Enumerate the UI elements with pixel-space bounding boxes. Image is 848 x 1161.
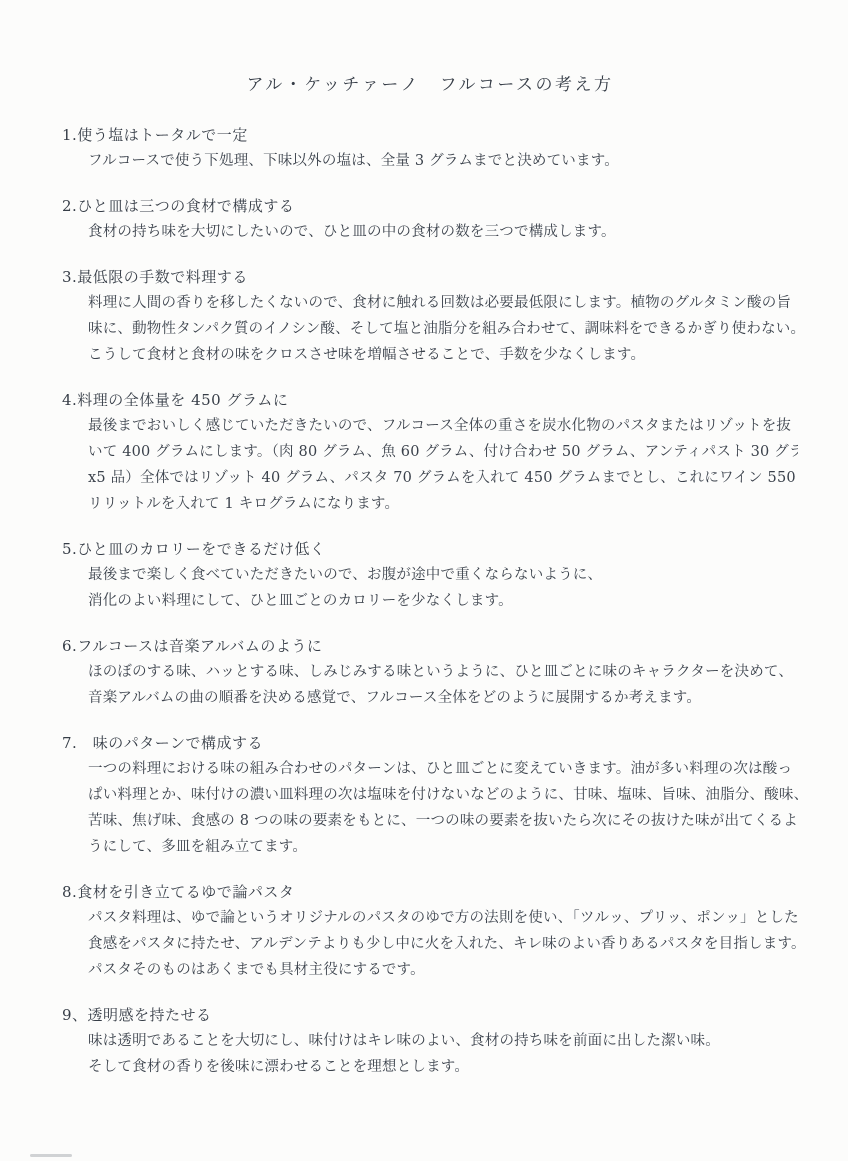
section-body-line: 食感をパスタに持たせ、アルデンテよりも少し中に火を入れた、キレ味のよい香りあるパ…	[88, 931, 798, 957]
course-principle-section: 6.フルコースは音楽アルバムのようにほのぼのする味、ハッとする味、しみじみする味…	[62, 633, 798, 711]
course-principle-section: 3.最低限の手数で料理する料理に人間の香りを移したくないので、食材に触れる回数は…	[62, 264, 798, 368]
course-principle-section: 1.使う塩はトータルで一定フルコースで使う下処理、下味以外の塩は、全量 3 グラ…	[62, 122, 798, 174]
section-body-line: 食材の持ち味を大切にしたいので、ひと皿の中の食材の数を三つで構成します。	[88, 219, 798, 245]
section-body: フルコースで使う下処理、下味以外の塩は、全量 3 グラムまでと決めています。	[62, 148, 798, 174]
scan-artifact-mark	[30, 1154, 72, 1157]
section-body-line: うにして、多皿を組み立てます。	[88, 834, 798, 860]
section-body-line: 料理に人間の香りを移したくないので、食材に触れる回数は必要最低限にします。植物の…	[88, 290, 798, 316]
section-body-line: いて 400 グラムにします。（肉 80 グラム、魚 60 グラム、付け合わせ …	[88, 439, 798, 465]
section-body: 一つの料理における味の組み合わせのパターンは、ひと皿ごとに変えていきます。油が多…	[62, 756, 798, 860]
section-heading: 5.ひと皿のカロリーをできるだけ低く	[62, 536, 798, 562]
section-heading: 6.フルコースは音楽アルバムのように	[62, 633, 798, 659]
course-principle-section: 5.ひと皿のカロリーをできるだけ低く最後まで楽しく食べていただきたいので、お腹が…	[62, 536, 798, 614]
course-principle-section: 7. 味のパターンで構成する一つの料理における味の組み合わせのパターンは、ひと皿…	[62, 730, 798, 860]
section-body-line: 味は透明であることを大切にし、味付けはキレ味のよい、食材の持ち味を前面に出した潔…	[88, 1028, 798, 1054]
section-heading: 1.使う塩はトータルで一定	[62, 122, 798, 148]
section-body-line: 最後までおいしく感じていただきたいので、フルコース全体の重さを炭水化物のパスタま…	[88, 413, 798, 439]
section-body-line: x5 品）全体ではリゾット 40 グラム、パスタ 70 グラムを入れて 450 …	[88, 465, 798, 491]
section-body: 味は透明であることを大切にし、味付けはキレ味のよい、食材の持ち味を前面に出した潔…	[62, 1028, 798, 1080]
section-heading: 8.食材を引き立てるゆで論パスタ	[62, 879, 798, 905]
section-body-line: ほのぼのする味、ハッとする味、しみじみする味というように、ひと皿ごとに味のキャラ…	[88, 659, 798, 685]
section-heading: 9、透明感を持たせる	[62, 1002, 798, 1028]
section-body: パスタ料理は、ゆで論というオリジナルのパスタのゆで方の法則を使い、「ツルッ、プリ…	[62, 905, 798, 983]
section-body: ほのぼのする味、ハッとする味、しみじみする味というように、ひと皿ごとに味のキャラ…	[62, 659, 798, 711]
section-heading: 4.料理の全体量を 450 グラムに	[62, 387, 798, 413]
section-heading: 2.ひと皿は三つの食材で構成する	[62, 193, 798, 219]
section-body-line: 一つの料理における味の組み合わせのパターンは、ひと皿ごとに変えていきます。油が多…	[88, 756, 798, 782]
section-body-line: フルコースで使う下処理、下味以外の塩は、全量 3 グラムまでと決めています。	[88, 148, 798, 174]
section-body-line: ぱい料理とか、味付けの濃い皿料理の次は塩味を付けないなどのように、甘味、塩味、旨…	[88, 782, 798, 808]
section-body-line: パスタ料理は、ゆで論というオリジナルのパスタのゆで方の法則を使い、「ツルッ、プリ…	[88, 905, 798, 931]
document-title: アル・ケッチァーノ フルコースの考え方	[62, 72, 798, 98]
course-principle-section: 9、透明感を持たせる味は透明であることを大切にし、味付けはキレ味のよい、食材の持…	[62, 1002, 798, 1080]
section-body: 最後まで楽しく食べていただきたいので、お腹が途中で重くならないように、消化のよい…	[62, 562, 798, 614]
section-body: 食材の持ち味を大切にしたいので、ひと皿の中の食材の数を三つで構成します。	[62, 219, 798, 245]
section-heading: 3.最低限の手数で料理する	[62, 264, 798, 290]
section-body: 料理に人間の香りを移したくないので、食材に触れる回数は必要最低限にします。植物の…	[62, 290, 798, 368]
section-body-line: 音楽アルバムの曲の順番を決める感覚で、フルコース全体をどのように展開するか考えま…	[88, 685, 798, 711]
section-body-line: そして食材の香りを後味に漂わせることを理想とします。	[88, 1054, 798, 1080]
course-principle-section: 8.食材を引き立てるゆで論パスタパスタ料理は、ゆで論というオリジナルのパスタのゆ…	[62, 879, 798, 983]
document-page: アル・ケッチァーノ フルコースの考え方 1.使う塩はトータルで一定フルコースで使…	[0, 0, 848, 1161]
section-body-line: リリットルを入れて 1 キログラムになります。	[88, 491, 798, 517]
sections: 1.使う塩はトータルで一定フルコースで使う下処理、下味以外の塩は、全量 3 グラ…	[62, 122, 798, 1080]
section-body-line: こうして食材と食材の味をクロスさせ味を増幅させることで、手数を少なくします。	[88, 342, 798, 368]
section-body: 最後までおいしく感じていただきたいので、フルコース全体の重さを炭水化物のパスタま…	[62, 413, 798, 517]
section-body-line: 最後まで楽しく食べていただきたいので、お腹が途中で重くならないように、	[88, 562, 798, 588]
section-body-line: 苦味、焦げ味、食感の 8 つの味の要素をもとに、一つの味の要素を抜いたら次にその…	[88, 808, 798, 834]
section-body-line: パスタそのものはあくまでも具材主役にするです。	[88, 957, 798, 983]
course-principle-section: 4.料理の全体量を 450 グラムに最後までおいしく感じていただきたいので、フル…	[62, 387, 798, 517]
section-body-line: 味に、動物性タンパク質のイノシン酸、そして塩と油脂分を組み合わせて、調味料をでき…	[88, 316, 798, 342]
course-principle-section: 2.ひと皿は三つの食材で構成する食材の持ち味を大切にしたいので、ひと皿の中の食材…	[62, 193, 798, 245]
section-body-line: 消化のよい料理にして、ひと皿ごとのカロリーを少なくします。	[88, 588, 798, 614]
section-heading: 7. 味のパターンで構成する	[62, 730, 798, 756]
